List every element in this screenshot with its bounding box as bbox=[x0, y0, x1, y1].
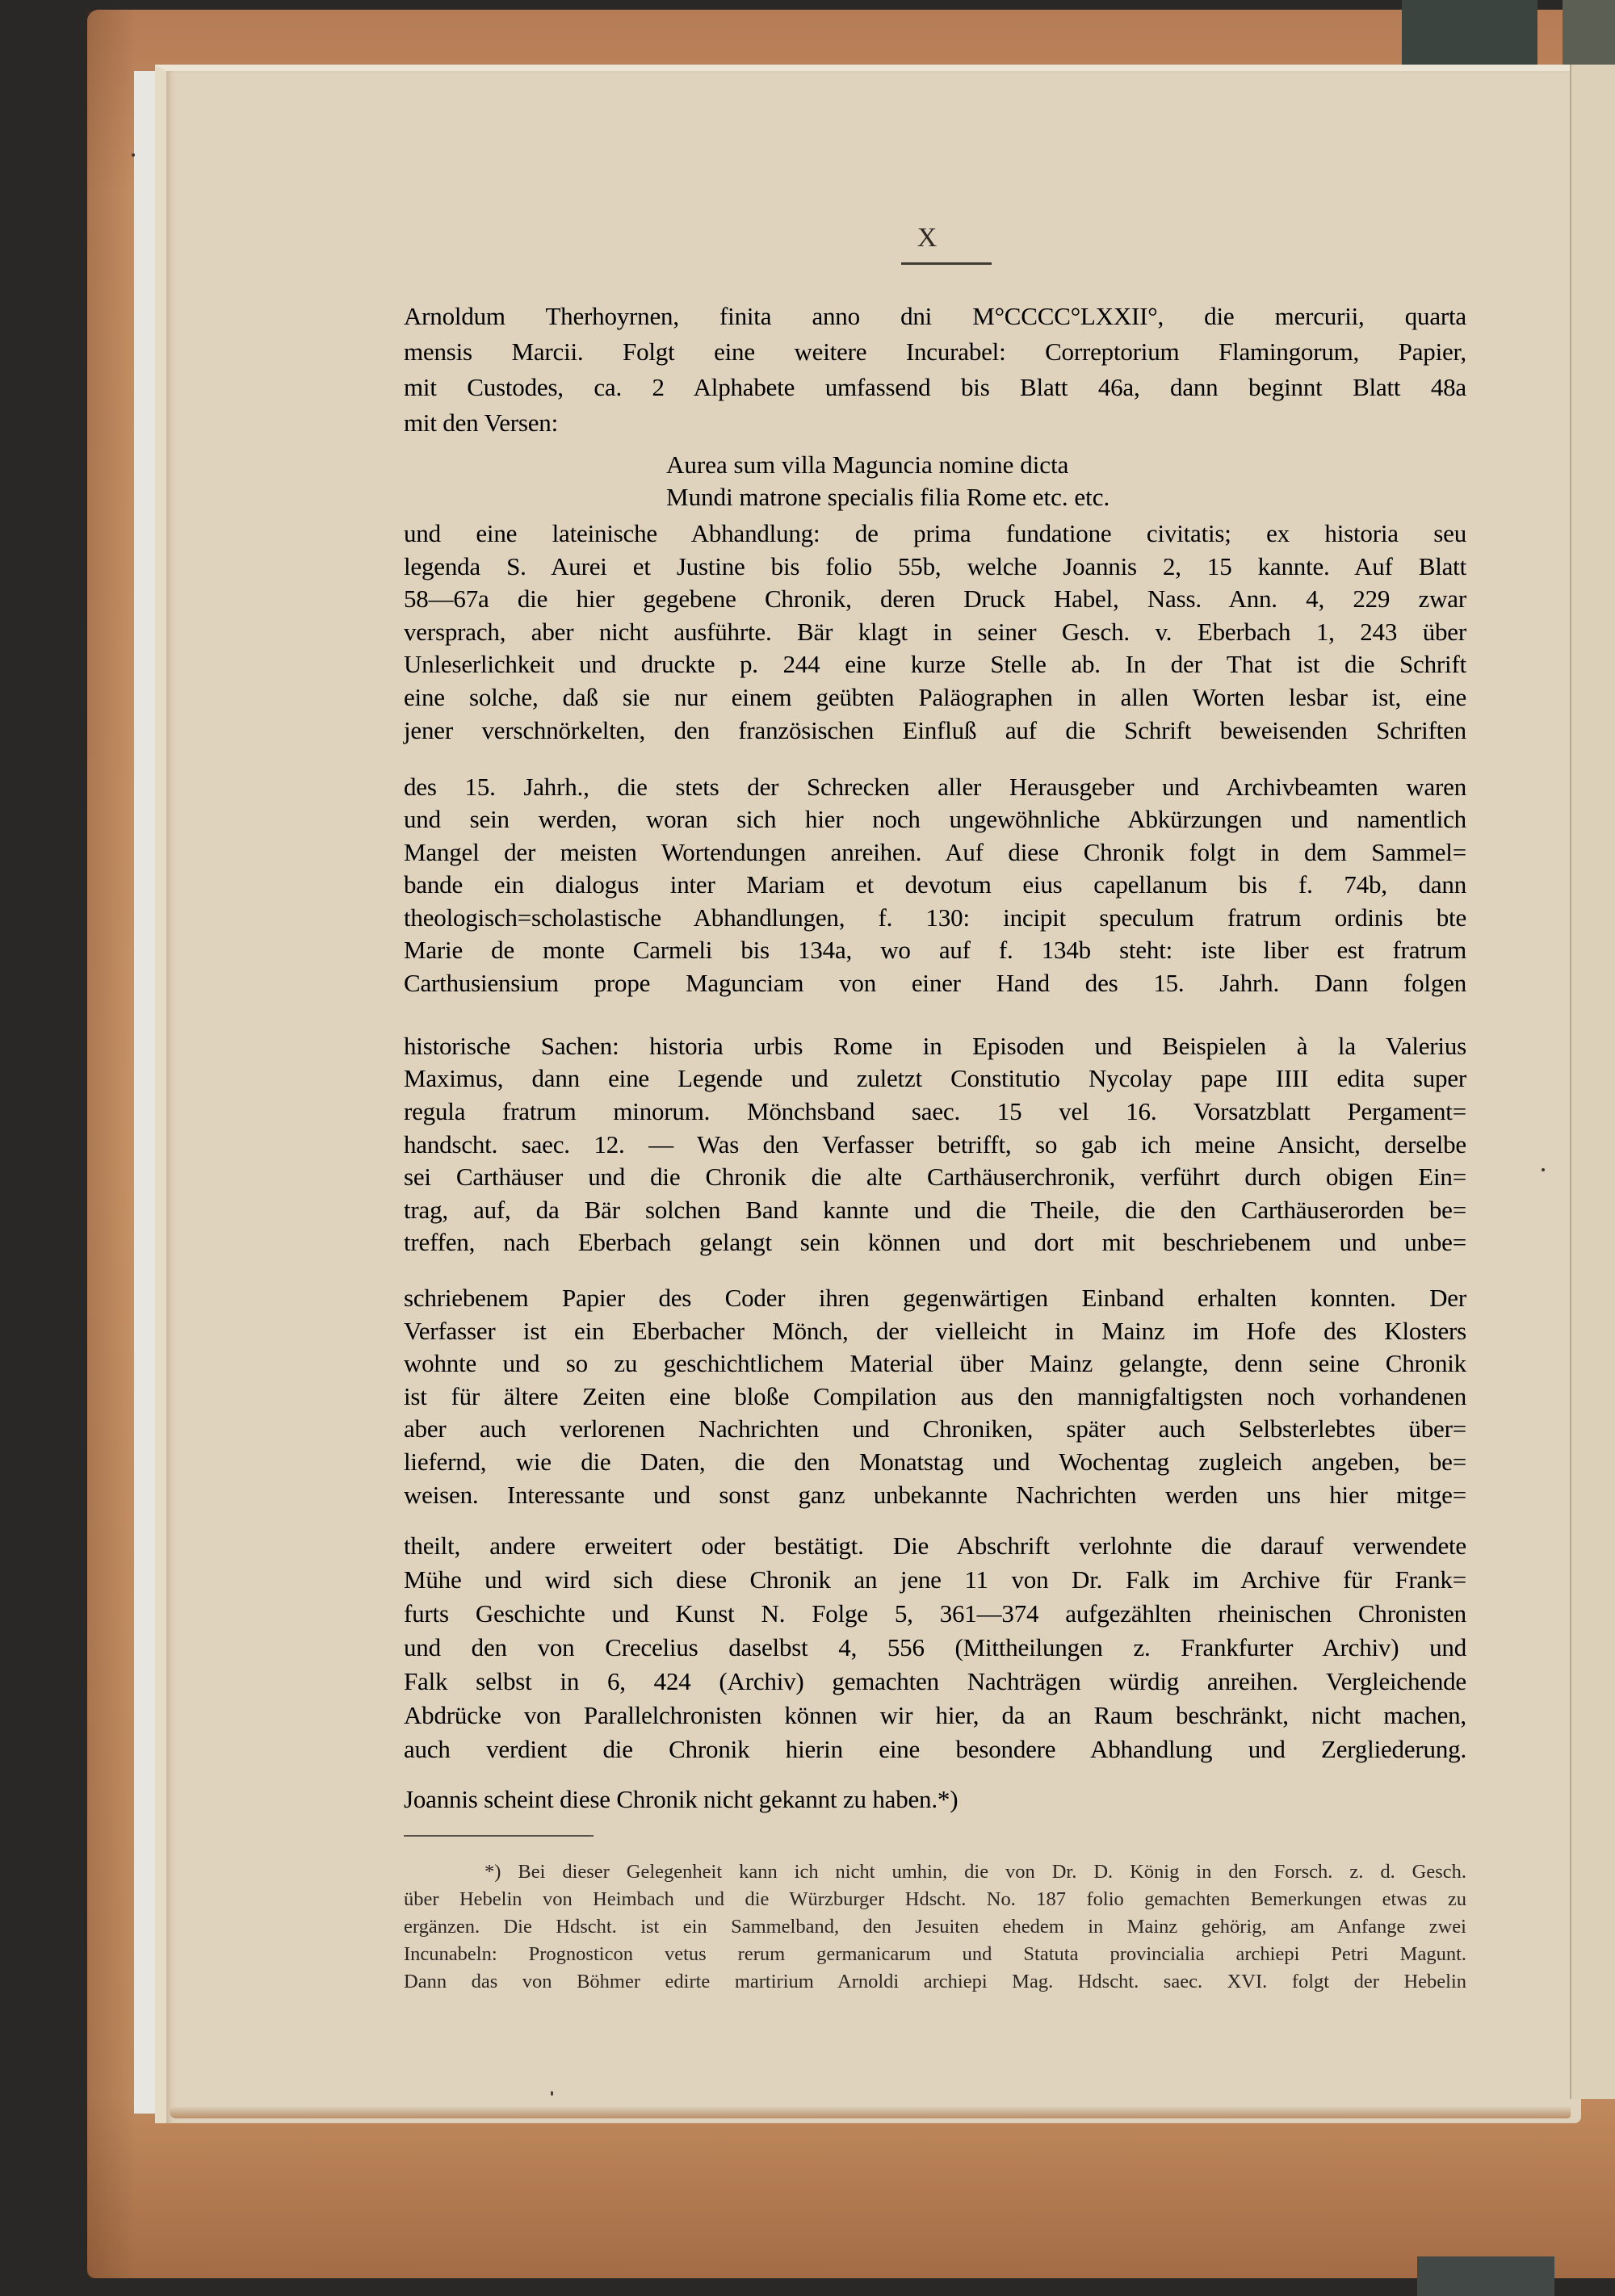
text-line: liefernd, wie die Daten, die den Monatst… bbox=[404, 1446, 1466, 1478]
text-line: trag, auf, da Bär solchen Band kannte un… bbox=[404, 1194, 1466, 1226]
text-line: jener verschnörkelten, den französischen… bbox=[404, 714, 1466, 747]
book-edge-top-right bbox=[1563, 0, 1615, 65]
book-spine-top bbox=[1402, 0, 1537, 71]
text-line: Abdrücke von Parallelchronisten können w… bbox=[404, 1699, 1466, 1732]
footnote-line: *) Bei dieser Gelegenheit kann ich nicht… bbox=[484, 1859, 1466, 1885]
text-line: eine solche, daß sie nur einem geübten P… bbox=[404, 681, 1466, 714]
verse-line: Aurea sum villa Maguncia nomine dicta bbox=[666, 449, 1068, 481]
text-line: historische Sachen: historia urbis Rome … bbox=[404, 1030, 1466, 1062]
footnote-line: über Hebelin von Heimbach und die Würzbu… bbox=[404, 1887, 1466, 1913]
footnote-line: Incunabeln: Prognosticon vetus rerum ger… bbox=[404, 1942, 1466, 1967]
page-gutter bbox=[1570, 65, 1615, 2099]
text-line: und sein werden, woran sich hier noch un… bbox=[404, 803, 1466, 836]
text-line: Arnoldum Therhoyrnen, finita anno dni M°… bbox=[404, 300, 1466, 333]
text-line: versprach, aber nicht ausführte. Bär kla… bbox=[404, 616, 1466, 648]
paper-speck bbox=[1542, 1168, 1545, 1171]
text-line: wohnte und so zu geschichtlichem Materia… bbox=[404, 1347, 1466, 1380]
footnote-rule bbox=[404, 1835, 594, 1837]
text-line: mensis Marcii. Folgt eine weitere Incura… bbox=[404, 336, 1466, 368]
text-line: regula fratrum minorum. Mönchsband saec.… bbox=[404, 1096, 1466, 1128]
page-number: X bbox=[903, 223, 951, 253]
text-line: Falk selbst in 6, 424 (Archiv) gemachten… bbox=[404, 1665, 1466, 1698]
text-line: 58—67a die hier gegebene Chronik, deren … bbox=[404, 583, 1466, 615]
text-line: legenda S. Aurei et Justine bis folio 55… bbox=[404, 551, 1466, 583]
page-bottom-edge bbox=[170, 2107, 1571, 2118]
footnote-line: Dann das von Böhmer edirte martirium Arn… bbox=[404, 1969, 1466, 1995]
text-line: sei Carthäuser und die Chronik die alte … bbox=[404, 1161, 1466, 1193]
text-line: treffen, nach Eberbach gelangt sein könn… bbox=[404, 1226, 1466, 1259]
text-line: bande ein dialogus inter Mariam et devot… bbox=[404, 869, 1466, 901]
text-line: theologisch=scholastische Abhandlungen, … bbox=[404, 902, 1466, 934]
text-line: des 15. Jahrh., die stets der Schrecken … bbox=[404, 771, 1466, 803]
text-line: schriebenem Papier des Coder ihren gegen… bbox=[404, 1282, 1466, 1314]
text-line: aber auch verlorenen Nachrichten und Chr… bbox=[404, 1413, 1466, 1445]
text-line: furts Geschichte und Kunst N. Folge 5, 3… bbox=[404, 1598, 1466, 1630]
paper-speck bbox=[551, 2091, 553, 2096]
text-line: weisen. Interessante und sonst ganz unbe… bbox=[404, 1479, 1466, 1511]
text-line: Joannis scheint diese Chronik nicht geka… bbox=[404, 1783, 1466, 1816]
text-line: auch verdient die Chronik hierin eine be… bbox=[404, 1733, 1466, 1766]
text-line: theilt, andere erweitert oder bestätigt.… bbox=[404, 1530, 1466, 1562]
text-line: Verfasser ist ein Eberbacher Mönch, der … bbox=[404, 1315, 1466, 1347]
text-line: Mühe und wird sich diese Chronik an jene… bbox=[404, 1564, 1466, 1596]
text-line: ist für ältere Zeiten eine bloße Compila… bbox=[404, 1381, 1466, 1413]
footnote-line: ergänzen. Die Hdscht. ist ein Sammelband… bbox=[404, 1914, 1466, 1940]
paper-speck bbox=[132, 153, 135, 157]
text-line: und eine lateinische Abhandlung: de prim… bbox=[404, 517, 1466, 550]
text-line: Mangel der meisten Wortendungen anreihen… bbox=[404, 836, 1466, 869]
verse-line: Mundi matrone specialis filia Rome etc. … bbox=[666, 481, 1110, 513]
text-line: Maximus, dann eine Legende und zuletzt C… bbox=[404, 1062, 1466, 1095]
cover-shadow bbox=[87, 10, 136, 2278]
text-line: Carthusiensium prope Magunciam von einer… bbox=[404, 967, 1466, 999]
page-number-rule bbox=[901, 262, 992, 265]
text-line: Marie de monte Carmeli bis 134a, wo auf … bbox=[404, 934, 1466, 966]
text-line: mit den Versen: bbox=[404, 407, 1466, 439]
text-line: mit Custodes, ca. 2 Alphabete umfassend … bbox=[404, 371, 1466, 404]
text-line: Unleserlichkeit und druckte p. 244 eine … bbox=[404, 648, 1466, 681]
text-line: und den von Crecelius daselbst 4, 556 (M… bbox=[404, 1632, 1466, 1664]
text-line: handscht. saec. 12. — Was den Verfasser … bbox=[404, 1129, 1466, 1161]
book-spine-bottom bbox=[1417, 2256, 1554, 2296]
